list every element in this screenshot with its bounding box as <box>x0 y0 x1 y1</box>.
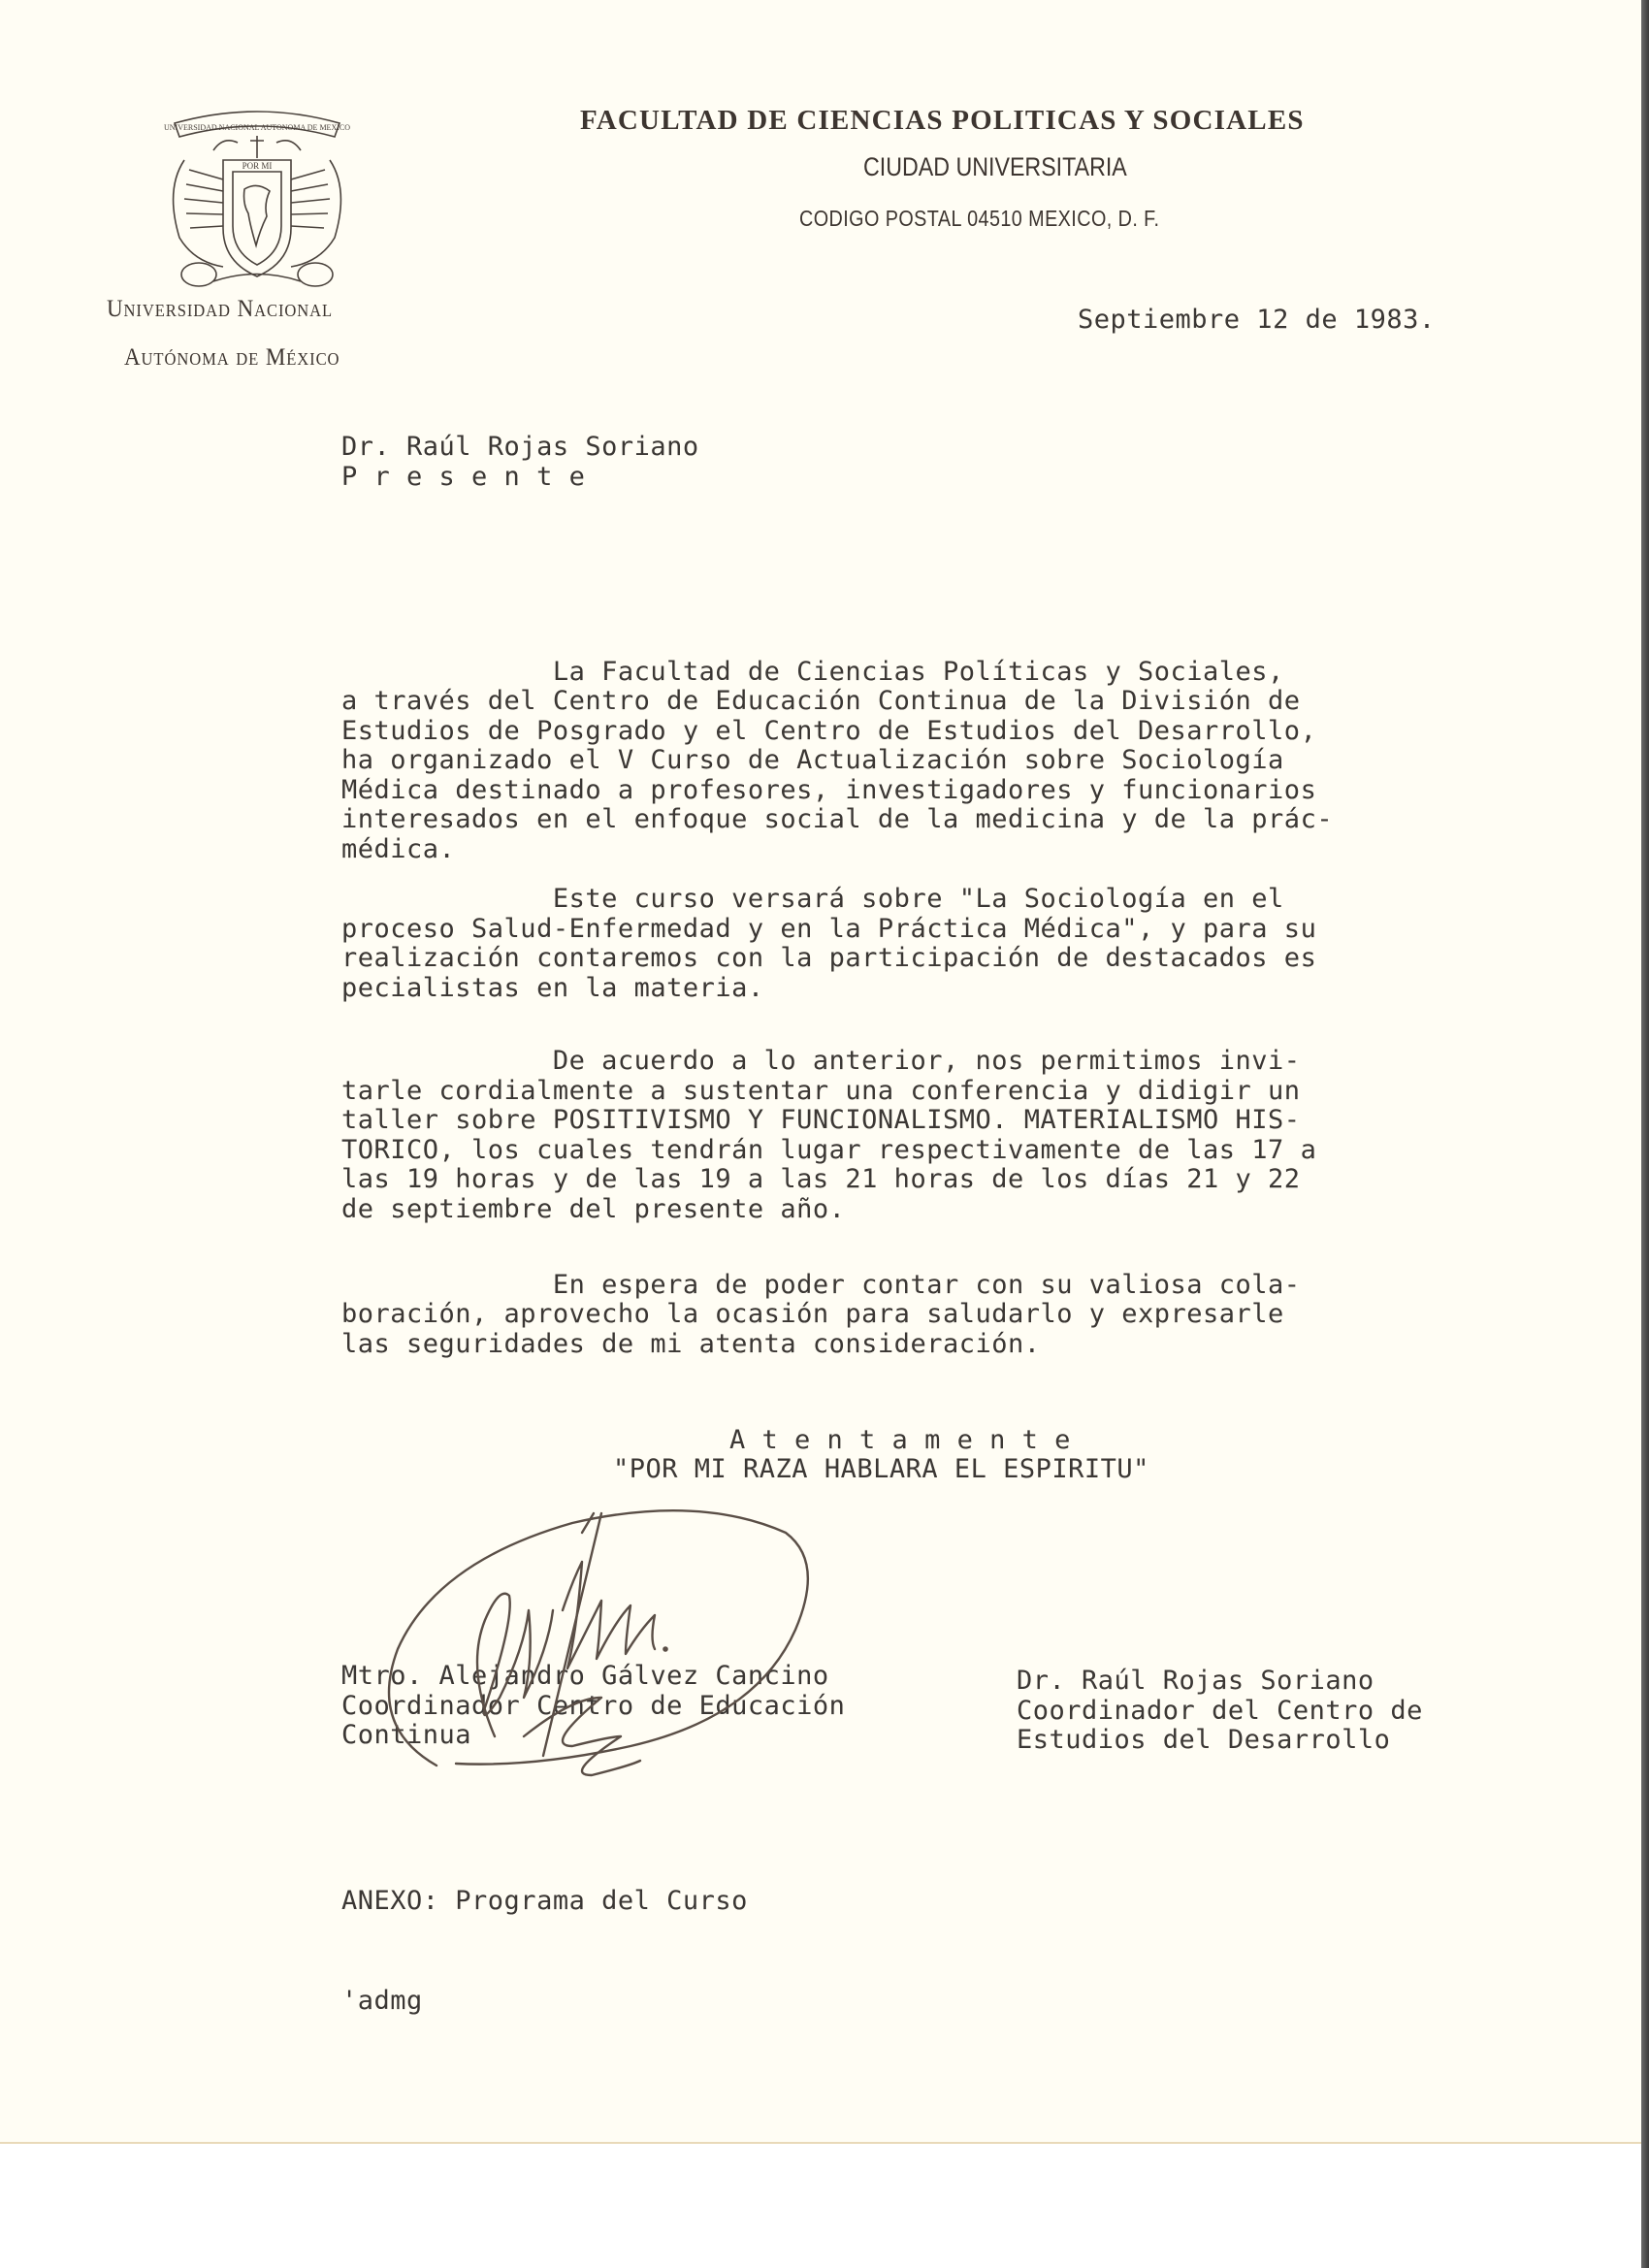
svg-text:UNIVERSIDAD NACIONAL AUTONOMA: UNIVERSIDAD NACIONAL AUTONOMA DE MEXICO <box>164 123 350 132</box>
signatory-2-name: Dr. Raúl Rojas Soriano <box>1017 1667 1374 1697</box>
annex-note: ANEXO: Programa del Curso <box>341 1887 748 1917</box>
closing-salutation: A t e n t a m e n t e <box>729 1426 1071 1456</box>
letter-date: Septiembre 12 de 1983. <box>1078 306 1436 336</box>
faculty-title: FACULTAD DE CIENCIAS POLITICAS Y SOCIALE… <box>580 105 1453 137</box>
unam-coat-of-arms-icon: UNIVERSIDAD NACIONAL AUTONOMA DE MEXICO … <box>155 102 359 296</box>
closing-motto: "POR MI RAZA HABLARA EL ESPIRITU" <box>613 1455 1149 1485</box>
signatory-2-title-line1: Coordinador del Centro de <box>1017 1697 1423 1727</box>
signatory-2-title-line2: Estudios del Desarrollo <box>1017 1726 1390 1756</box>
letter-page: UNIVERSIDAD NACIONAL AUTONOMA DE MEXICO … <box>0 0 1641 2144</box>
scan-edge <box>1641 0 1649 2268</box>
handwritten-signature-icon <box>378 1504 824 1795</box>
recipient-greeting: P r e s e n t e <box>341 463 585 493</box>
reference-initials: 'admg <box>341 1987 423 2017</box>
recipient-name: Dr. Raúl Rojas Soriano <box>341 433 699 463</box>
svg-text:POR MI: POR MI <box>242 161 273 171</box>
university-name-line1: Universidad Nacional <box>107 296 333 323</box>
university-name-line2: Autónoma de México <box>124 344 339 372</box>
campus-name: CIUDAD UNIVERSITARIA <box>863 152 1649 182</box>
postal-address: CODIGO POSTAL 04510 MEXICO, D. F. <box>799 206 1649 232</box>
